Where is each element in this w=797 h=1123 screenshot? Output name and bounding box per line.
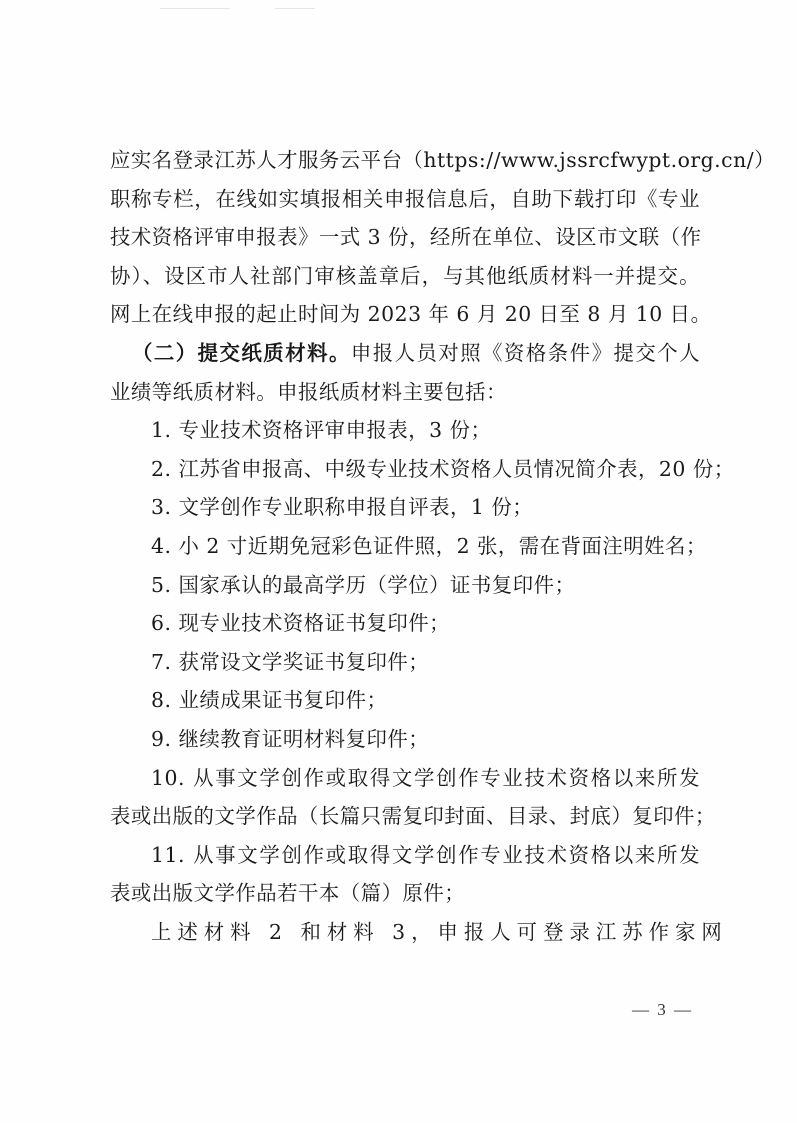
section-heading: （二）提交纸质材料。 <box>132 341 351 365</box>
document-body: 应实名登录江苏人才服务云平台（https://www.jssrcfwypt.or… <box>110 141 700 951</box>
list-item: 9. 继续教育证明材料复印件； <box>110 720 700 759</box>
list-text: 获常设文学奖证书复印件； <box>178 650 429 674</box>
closing-line: 上述材料 2 和材料 3，申报人可登录江苏作家网 <box>110 913 700 952</box>
list-text: 现专业技术资格证书复印件； <box>178 611 450 635</box>
section-intro: 申报人员对照《资格条件》提交个人 <box>351 341 700 365</box>
section-heading-line: （二）提交纸质材料。申报人员对照《资格条件》提交个人 <box>110 334 700 373</box>
list-item: 3. 文学创作专业职称申报自评表，1 份； <box>110 488 700 527</box>
list-number: 4. <box>151 534 171 558</box>
list-number: 11. <box>151 843 185 867</box>
scan-artifact <box>160 8 230 9</box>
list-number: 3. <box>151 495 171 519</box>
list-number: 7. <box>151 650 171 674</box>
list-item: 1. 专业技术资格评审申报表，3 份； <box>110 411 700 450</box>
list-item: 4. 小 2 寸近期免冠彩色证件照，2 张，需在背面注明姓名； <box>110 527 700 566</box>
list-item-continuation: 表或出版文学作品若干本（篇）原件； <box>110 874 700 913</box>
list-number: 10. <box>151 766 185 790</box>
list-text: 专业技术资格评审申报表，3 份； <box>178 418 491 442</box>
text-line: 业绩等纸质材料。申报纸质材料主要包括： <box>110 373 700 412</box>
document-page: 应实名登录江苏人才服务云平台（https://www.jssrcfwypt.or… <box>0 0 797 1123</box>
list-item: 6. 现专业技术资格证书复印件； <box>110 604 700 643</box>
list-number: 8. <box>151 688 171 712</box>
list-number: 1. <box>151 418 171 442</box>
list-item-continuation: 表或出版的文学作品（长篇只需复印封面、目录、封底）复印件； <box>110 797 700 836</box>
list-text: 业绩成果证书复印件； <box>178 688 387 712</box>
scan-artifact <box>275 8 315 9</box>
list-number: 9. <box>151 727 171 751</box>
list-item: 10. 从事文学创作或取得文学创作专业技术资格以来所发 <box>110 759 700 798</box>
page-number: — 3 — <box>632 1000 693 1020</box>
text-line: 技术资格评审申报表》一式 3 份，经所在单位、设区市文联（作 <box>110 218 700 257</box>
list-text: 小 2 寸近期免冠彩色证件照，2 张，需在背面注明姓名； <box>178 534 706 558</box>
list-item: 5. 国家承认的最高学历（学位）证书复印件； <box>110 566 700 605</box>
list-number: 6. <box>151 611 171 635</box>
list-text: 国家承认的最高学历（学位）证书复印件； <box>178 573 575 597</box>
list-text: 从事文学创作或取得文学创作专业技术资格以来所发 <box>193 843 700 867</box>
list-text: 从事文学创作或取得文学创作专业技术资格以来所发 <box>193 766 700 790</box>
text-line: 应实名登录江苏人才服务云平台（https://www.jssrcfwypt.or… <box>110 141 700 180</box>
list-item: 8. 业绩成果证书复印件； <box>110 681 700 720</box>
text-line: 网上在线申报的起止时间为 2023 年 6 月 20 日至 8 月 10 日。 <box>110 295 700 334</box>
list-text: 文学创作专业职称申报自评表，1 份； <box>178 495 533 519</box>
list-text: 继续教育证明材料复印件； <box>178 727 429 751</box>
list-text: 江苏省申报高、中级专业技术资格人员情况简介表，20 份； <box>178 457 734 481</box>
list-item: 11. 从事文学创作或取得文学创作专业技术资格以来所发 <box>110 836 700 875</box>
list-number: 2. <box>151 457 171 481</box>
list-number: 5. <box>151 573 171 597</box>
text-line: 协）、设区市人社部门审核盖章后，与其他纸质材料一并提交。 <box>110 257 700 296</box>
text-line: 职称专栏，在线如实填报相关申报信息后，自助下载打印《专业 <box>110 180 700 219</box>
list-item: 7. 获常设文学奖证书复印件； <box>110 643 700 682</box>
list-item: 2. 江苏省申报高、中级专业技术资格人员情况简介表，20 份； <box>110 450 700 489</box>
